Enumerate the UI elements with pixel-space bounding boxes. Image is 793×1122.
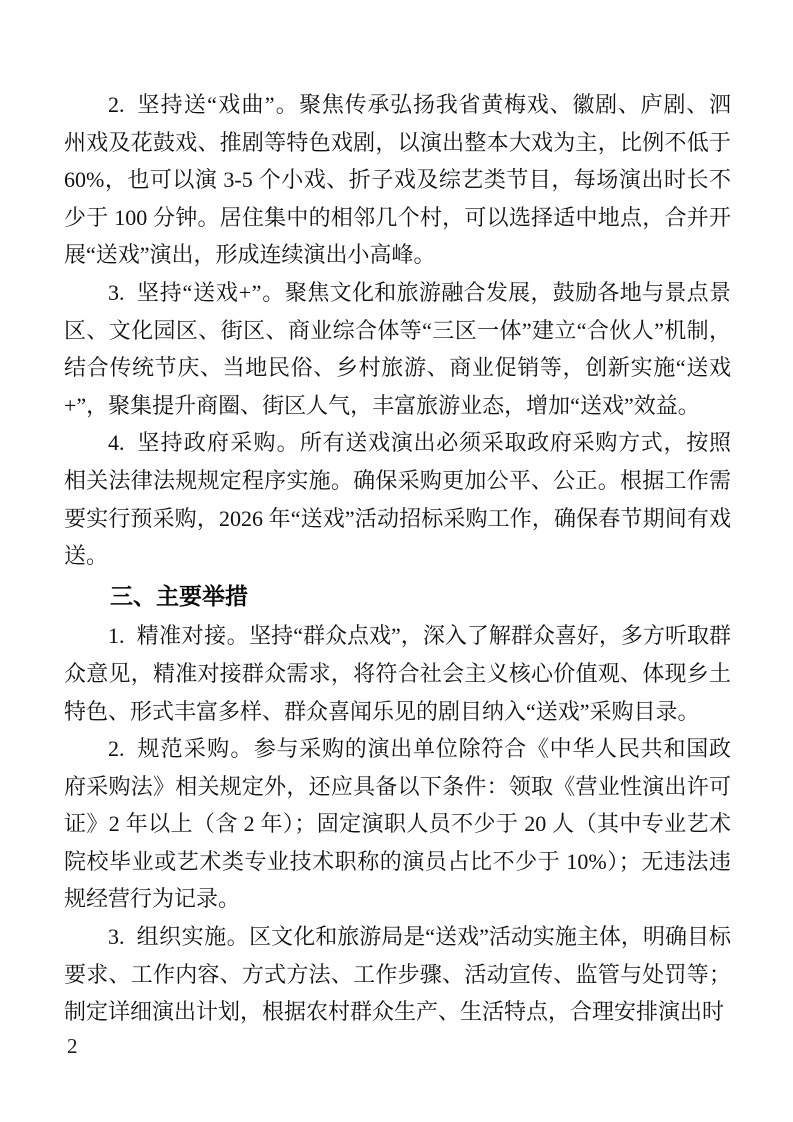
- paragraph-lead: 组织实施。: [137, 924, 250, 949]
- paragraph: 3.坚持“送戏+”。聚焦文化和旅游融合发展，鼓励各地与景点景区、文化园区、街区、…: [64, 274, 731, 424]
- paragraph: 4.坚持政府采购。所有送戏演出必须采取政府采购方式，按照相关法律法规规定程序实施…: [64, 424, 731, 574]
- paragraph-lead: 坚持政府采购。: [137, 430, 300, 455]
- paragraph-number: 3.: [108, 280, 125, 305]
- paragraph: 2.坚持送“戏曲”。聚焦传承弘扬我省黄梅戏、徽剧、庐剧、泗州戏及花鼓戏、推剧等特…: [64, 86, 731, 274]
- paragraph-number: 2.: [108, 92, 125, 117]
- paragraph-body: 聚焦传承弘扬我省黄梅戏、徽剧、庐剧、泗州戏及花鼓戏、推剧等特色戏剧，以演出整本大…: [64, 92, 731, 267]
- paragraph-body: 参与采购的演出单位除符合《中华人民共和国政府采购法》相关规定外，还应具备以下条件…: [64, 736, 731, 911]
- paragraph: 2.规范采购。参与采购的演出单位除符合《中华人民共和国政府采购法》相关规定外，还…: [64, 730, 731, 918]
- paragraph-number: 2.: [108, 736, 125, 761]
- paragraph-lead: 坚持送“戏曲”。: [137, 92, 299, 117]
- document-page: 2.坚持送“戏曲”。聚焦传承弘扬我省黄梅戏、徽剧、庐剧、泗州戏及花鼓戏、推剧等特…: [0, 0, 793, 1122]
- paragraph: 1.精准对接。坚持“群众点戏”，深入了解群众喜好，多方听取群众意见，精准对接群众…: [64, 617, 731, 730]
- paragraph-lead: 规范采购。: [137, 736, 254, 761]
- section-heading: 三、主要举措: [64, 578, 731, 616]
- document-content: 2.坚持送“戏曲”。聚焦传承弘扬我省黄梅戏、徽剧、庐剧、泗州戏及花鼓戏、推剧等特…: [64, 86, 731, 1031]
- paragraph-lead: 精准对接。: [137, 623, 250, 648]
- paragraph-number: 4.: [108, 430, 125, 455]
- paragraph: 3.组织实施。区文化和旅游局是“送戏”活动实施主体，明确目标要求、工作内容、方式…: [64, 918, 731, 1031]
- page-number: 2: [67, 1033, 78, 1059]
- paragraph-number: 3.: [108, 924, 125, 949]
- paragraph-number: 1.: [108, 623, 125, 648]
- paragraph-lead: 坚持“送戏+”。: [137, 280, 285, 305]
